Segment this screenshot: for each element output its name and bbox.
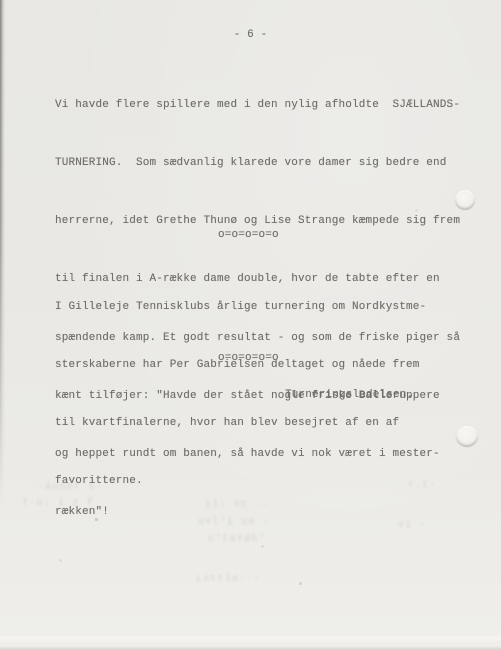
paragraph-line: Vi havde flere spillere med i den nylig … [55,96,460,115]
bleed-through-smudge: il: YC ·· [205,500,270,511]
paragraph-line: favoritterne. [55,472,426,491]
bleed-through-smudge: uVl'i uo · [198,517,270,528]
bleed-through-smudge: ·Auner s- [38,482,103,493]
bleed-through-smudge: r.t· [408,480,437,491]
section-separator: o=o=o=o=o [218,349,279,368]
paper-specks [0,0,1,1]
paragraph-line: til kvartfinalerne, hvor han blev besejr… [55,414,426,433]
section-separator: o=o=o=o=o [218,226,279,245]
page-number: - 6 - [0,26,501,45]
paper-crease [0,646,501,650]
scan-edge-shadow [0,0,5,650]
punch-hole [455,190,475,210]
scanned-document-page: - 6 - Vi havde flere spillere med i den … [0,0,501,650]
paper-crease [0,635,501,642]
bleed-through-smudge: vi · [398,520,427,531]
signature-line: Turneringsledelsen. [285,386,413,405]
bleed-through-smudge: T·u: i z f [22,498,94,509]
paragraph-line: I Gilleleje Tennisklubs årlige turnering… [55,298,426,317]
bleed-through-smudge: Lottle··· [196,574,261,585]
bleed-through-smudge: c'taYdh' [208,534,266,545]
paragraph-line: TURNERING. Som sædvanlig klarede vore da… [55,154,460,173]
punch-hole [456,426,478,447]
